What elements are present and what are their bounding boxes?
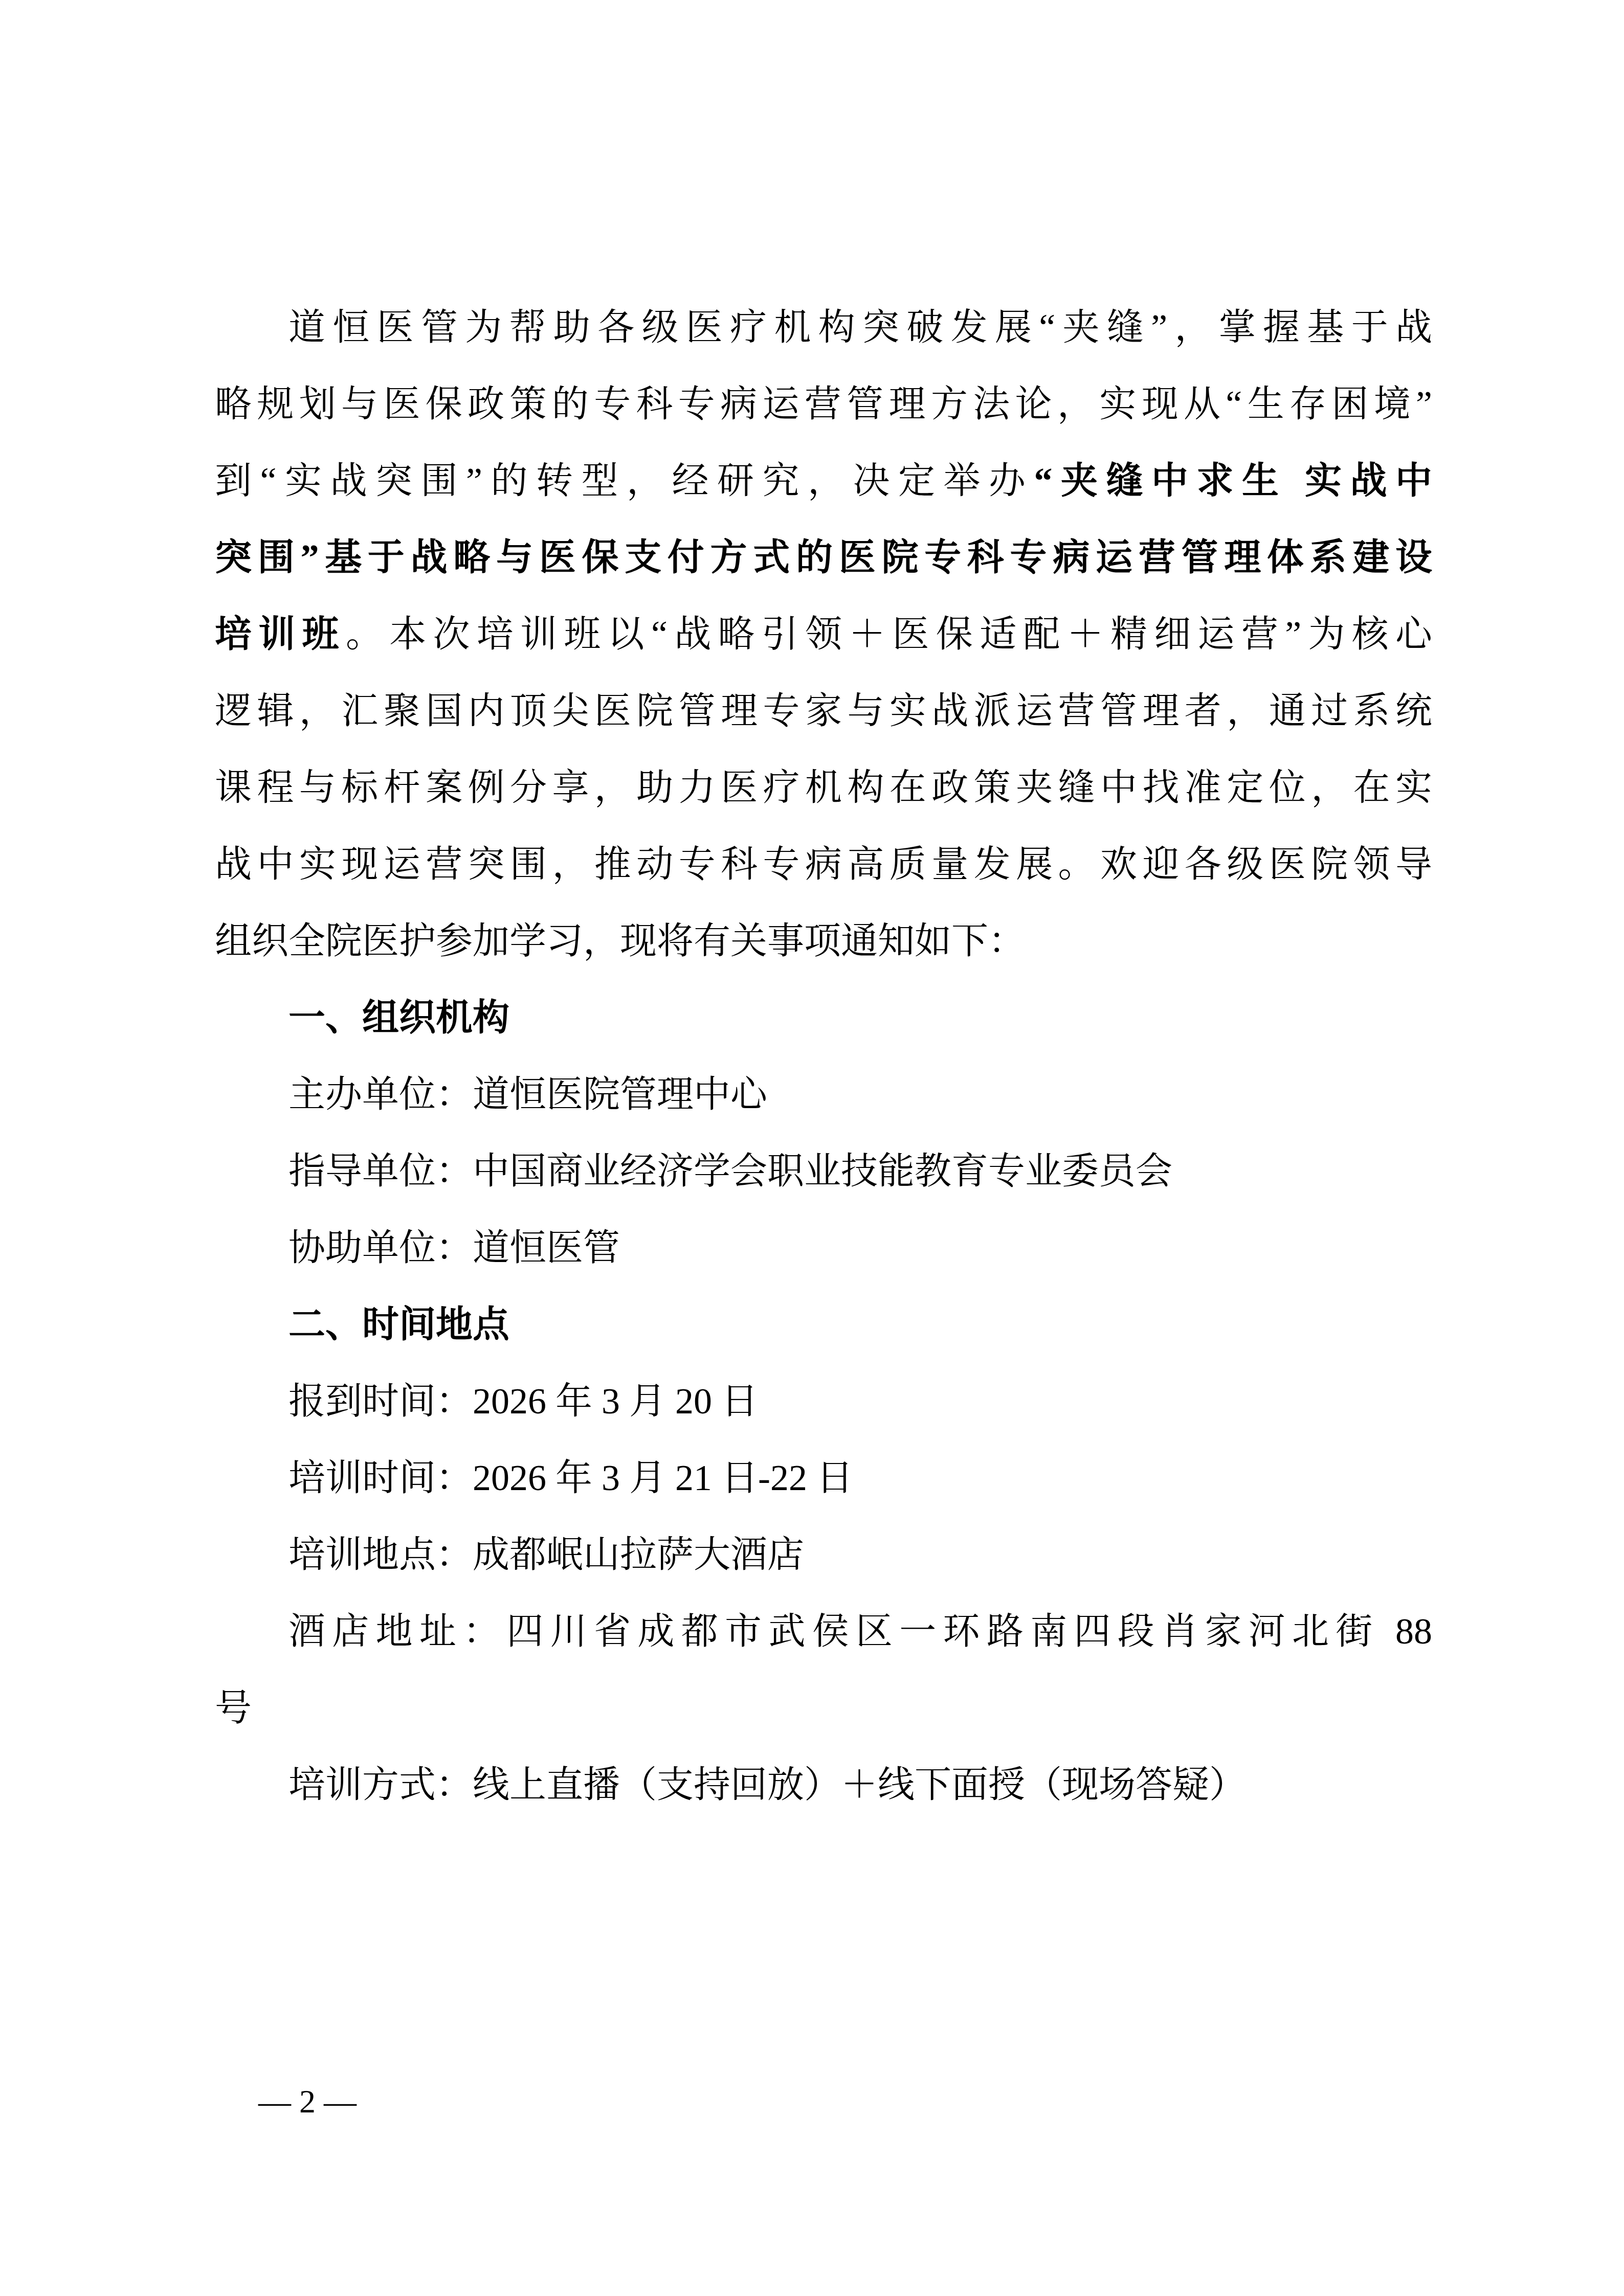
host-unit-line: 主办单位：道恒医院管理中心 [215, 1056, 1432, 1133]
intro-line-1-text: 道恒医管为帮助各级医疗机构突破发展“夹缝”，掌握基于战 [288, 307, 1432, 348]
intro-line-1: 道恒医管为帮助各级医疗机构突破发展“夹缝”，掌握基于战 [215, 289, 1432, 366]
hotel-address-line-1-text: 酒店地址：四川省成都市武侯区一环路南四段肖家河北街 88 [288, 1611, 1432, 1652]
intro-line-9-text: 组织全院医护参加学习，现将有关事项通知如下： [215, 920, 1025, 961]
hotel-address-line-2: 号 [215, 1670, 1432, 1746]
guide-unit-line: 指导单位：中国商业经济学会职业技能教育专业委员会 [215, 1133, 1432, 1209]
intro-line-5-regular-text: 。本次培训班以“战略引领＋医保适配＋精细运营”为核心 [346, 614, 1432, 655]
hotel-address-line-2-text: 号 [215, 1687, 252, 1728]
intro-line-3-regular-text: 到“实战突围”的转型，经研究，决定举办 [215, 460, 1034, 501]
intro-line-7-text: 课程与标杆案例分享，助力医疗机构在政策夹缝中找准定位，在实 [215, 767, 1432, 808]
document-body: 道恒医管为帮助各级医疗机构突破发展“夹缝”，掌握基于战 略规划与医保政策的专科专… [215, 289, 1432, 1823]
checkin-time-text: 报到时间：2026 年 3 月 20 日 [288, 1381, 758, 1422]
intro-line-6: 逻辑，汇聚国内顶尖医院管理专家与实战派运营管理者，通过系统 [215, 672, 1432, 749]
intro-line-5: 培训班。本次培训班以“战略引领＋医保适配＋精细运营”为核心 [215, 596, 1432, 672]
checkin-time-line: 报到时间：2026 年 3 月 20 日 [215, 1363, 1432, 1439]
section-one-heading: 一、组织机构 [215, 979, 1432, 1056]
intro-line-8-text: 战中实现运营突围，推动专科专病高质量发展。欢迎各级医院领导 [215, 844, 1432, 885]
section-two-heading: 二、时间地点 [215, 1286, 1432, 1363]
guide-unit-text: 指导单位：中国商业经济学会职业技能教育专业委员会 [288, 1151, 1172, 1191]
training-place-line: 培训地点：成都岷山拉萨大酒店 [215, 1516, 1432, 1593]
page-number: — 2 — [258, 2063, 357, 2140]
document-page: { "page": { "background": "#ffffff", "te… [0, 0, 1624, 2296]
training-place-text: 培训地点：成都岷山拉萨大酒店 [288, 1534, 804, 1575]
hotel-address-line-1: 酒店地址：四川省成都市武侯区一环路南四段肖家河北街 88 [215, 1593, 1432, 1670]
intro-line-3-bold-text: “夹缝中求生 实战中 [1034, 460, 1432, 501]
section-one-heading-text: 一、组织机构 [288, 997, 509, 1038]
intro-line-4-bold-text: 突围”基于战略与医保支付方式的医院专科专病运营管理体系建设 [215, 537, 1432, 578]
training-time-line: 培训时间：2026 年 3 月 21 日-22 日 [215, 1439, 1432, 1516]
section-two-heading-text: 二、时间地点 [288, 1304, 509, 1345]
intro-line-9: 组织全院医护参加学习，现将有关事项通知如下： [215, 903, 1432, 979]
intro-line-4: 突围”基于战略与医保支付方式的医院专科专病运营管理体系建设 [215, 519, 1432, 596]
intro-line-5-bold-text: 培训班 [215, 614, 346, 655]
intro-line-2: 略规划与医保政策的专科专病运营管理方法论，实现从“生存困境” [215, 366, 1432, 442]
training-method-line: 培训方式：线上直播（支持回放）＋线下面授（现场答疑） [215, 1746, 1432, 1823]
intro-line-6-text: 逻辑，汇聚国内顶尖医院管理专家与实战派运营管理者，通过系统 [215, 690, 1432, 731]
intro-line-7: 课程与标杆案例分享，助力医疗机构在政策夹缝中找准定位，在实 [215, 749, 1432, 826]
intro-line-2-text: 略规划与医保政策的专科专病运营管理方法论，实现从“生存困境” [215, 384, 1432, 424]
host-unit-text: 主办单位：道恒医院管理中心 [288, 1074, 767, 1115]
assist-unit-line: 协助单位：道恒医管 [215, 1209, 1432, 1286]
intro-line-8: 战中实现运营突围，推动专科专病高质量发展。欢迎各级医院领导 [215, 826, 1432, 903]
training-method-text: 培训方式：线上直播（支持回放）＋线下面授（现场答疑） [288, 1764, 1246, 1805]
intro-line-3: 到“实战突围”的转型，经研究，决定举办“夹缝中求生 实战中 [215, 442, 1432, 519]
assist-unit-text: 协助单位：道恒医管 [288, 1227, 620, 1268]
training-time-text: 培训时间：2026 年 3 月 21 日-22 日 [288, 1457, 853, 1498]
